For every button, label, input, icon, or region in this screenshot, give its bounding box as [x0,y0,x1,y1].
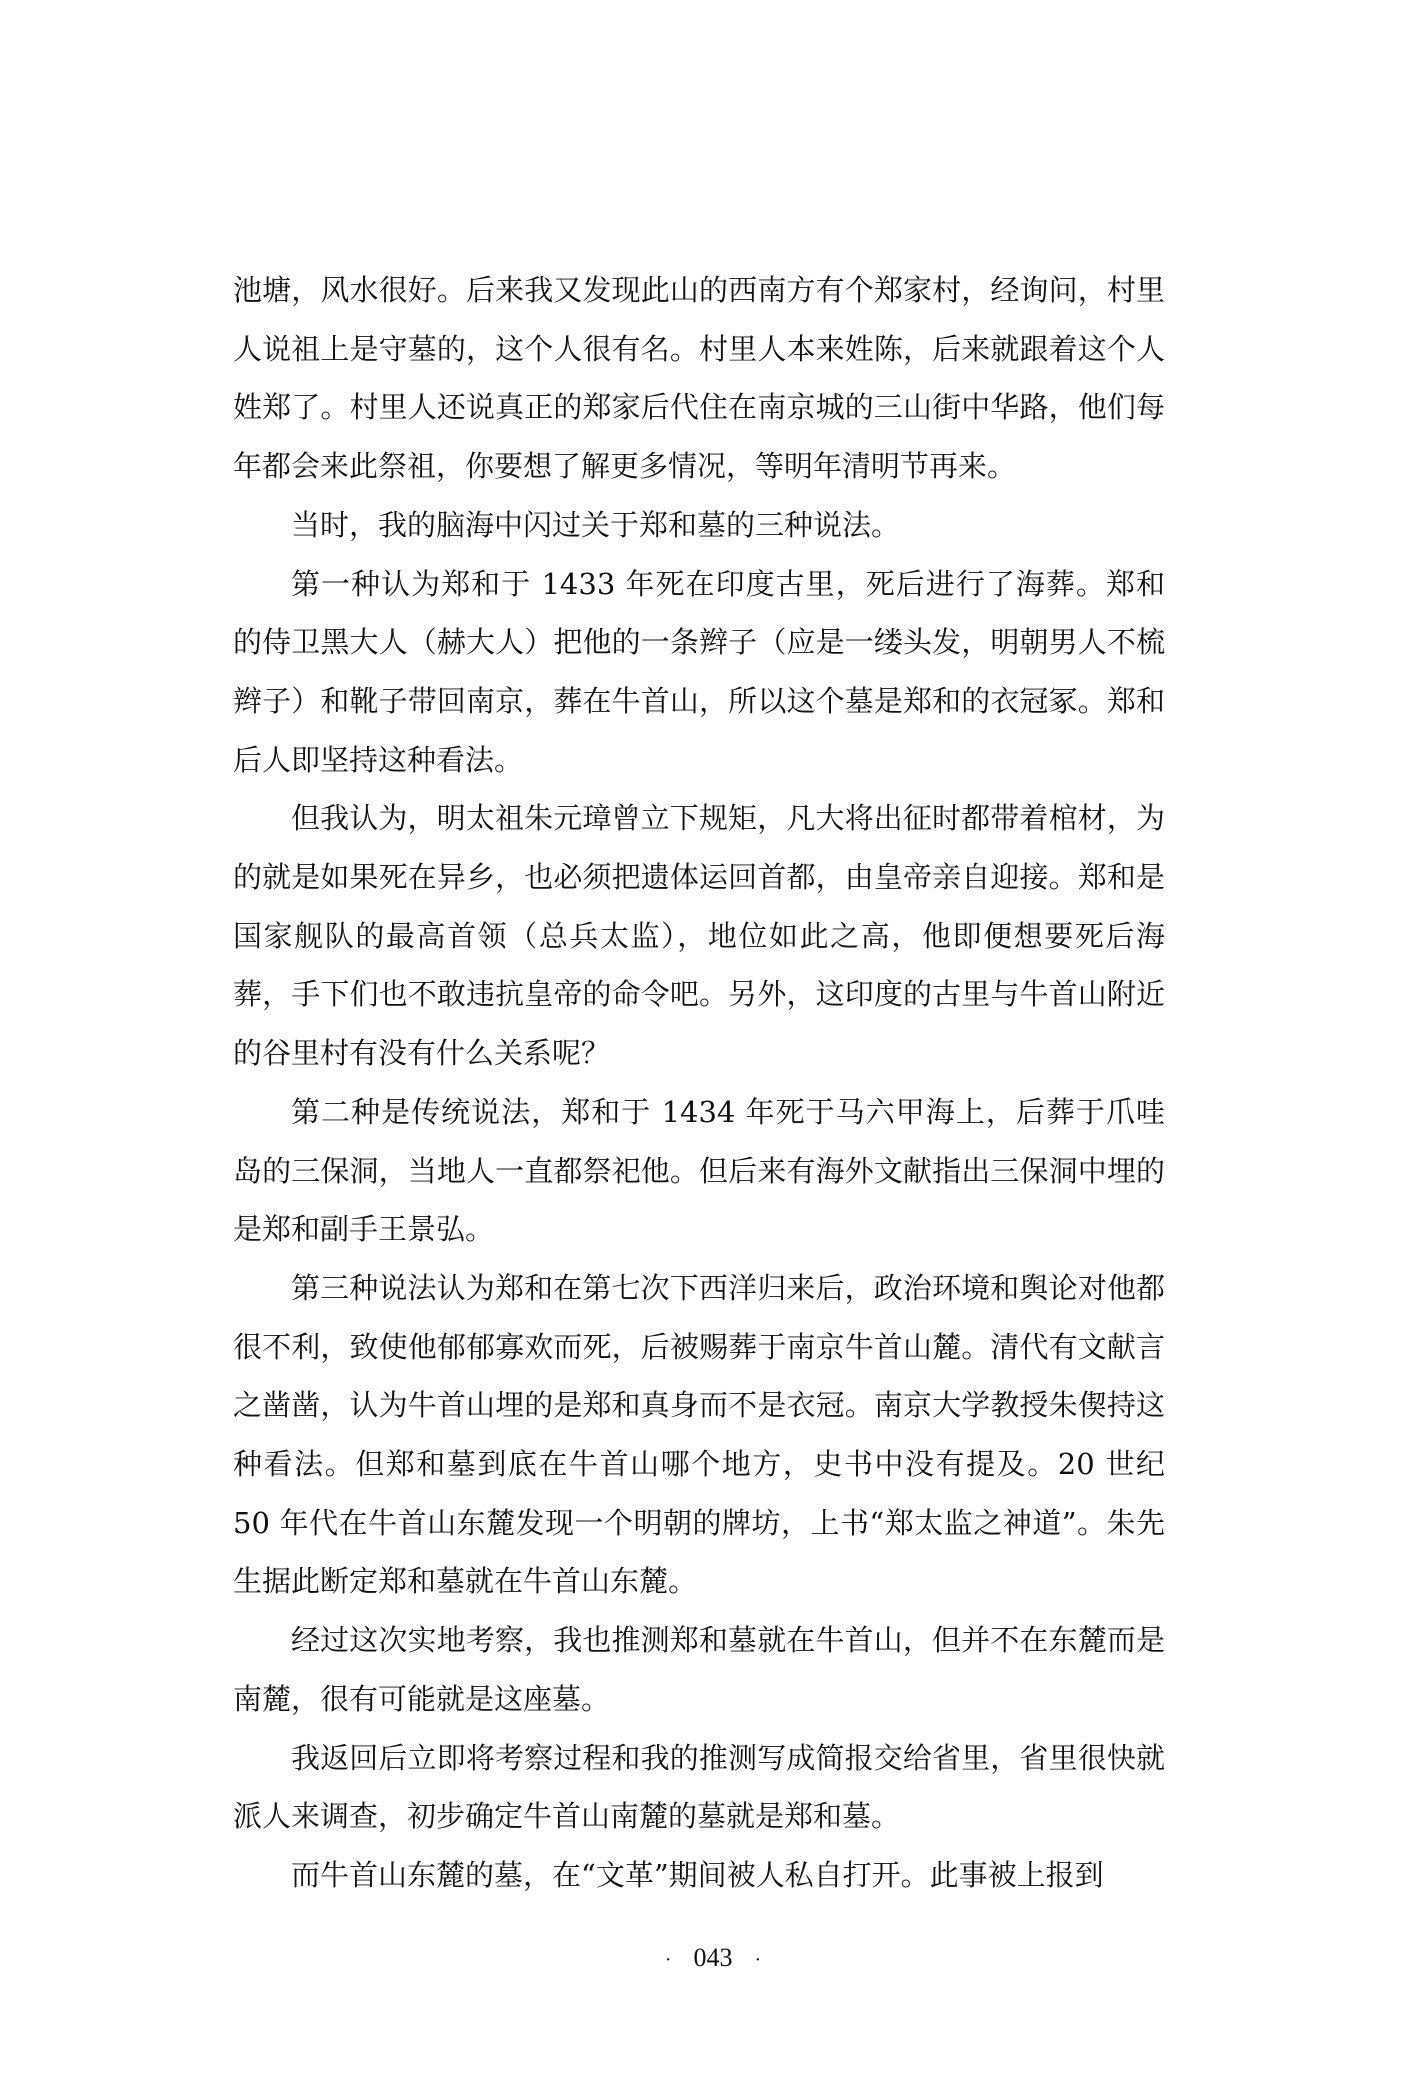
paragraph-9: 而牛首山东麓的墓，在“文革”期间被人私自打开。此事被上报到 [233,1846,1165,1905]
page-number: 043 [694,1943,733,1972]
paragraph-3: 第一种认为郑和于 1433 年死在印度古里，死后进行了海葬。郑和的侍卫黑大人（赫… [233,555,1165,790]
page-footer: ·043· [0,1940,1426,1978]
paragraph-7: 经过这次实地考察，我也推测郑和墓就在牛首山，但并不在东麓而是南麓，很有可能就是这… [233,1611,1165,1728]
paragraph-4: 但我认为，明太祖朱元璋曾立下规矩，凡大将出征时都带着棺材，为的就是如果死在异乡，… [233,789,1165,1083]
page-number-dot-right: · [755,1942,762,1978]
paragraph-8: 我返回后立即将考察过程和我的推测写成简报交给省里，省里很快就派人来调查，初步确定… [233,1729,1165,1846]
page-number-dot-left: · [665,1942,672,1978]
paragraph-5: 第二种是传统说法，郑和于 1434 年死于马六甲海上，后葬于爪哇岛的三保洞，当地… [233,1083,1165,1259]
paragraph-6: 第三种说法认为郑和在第七次下西洋归来后，政治环境和舆论对他都很不利，致使他郁郁寡… [233,1259,1165,1611]
paragraph-2: 当时，我的脑海中闪过关于郑和墓的三种说法。 [233,496,1165,555]
page-body: 池塘，风水很好。后来我又发现此山的西南方有个郑家村，经询问，村里人说祖上是守墓的… [233,261,1165,1905]
paragraph-1: 池塘，风水很好。后来我又发现此山的西南方有个郑家村，经询问，村里人说祖上是守墓的… [233,261,1165,496]
